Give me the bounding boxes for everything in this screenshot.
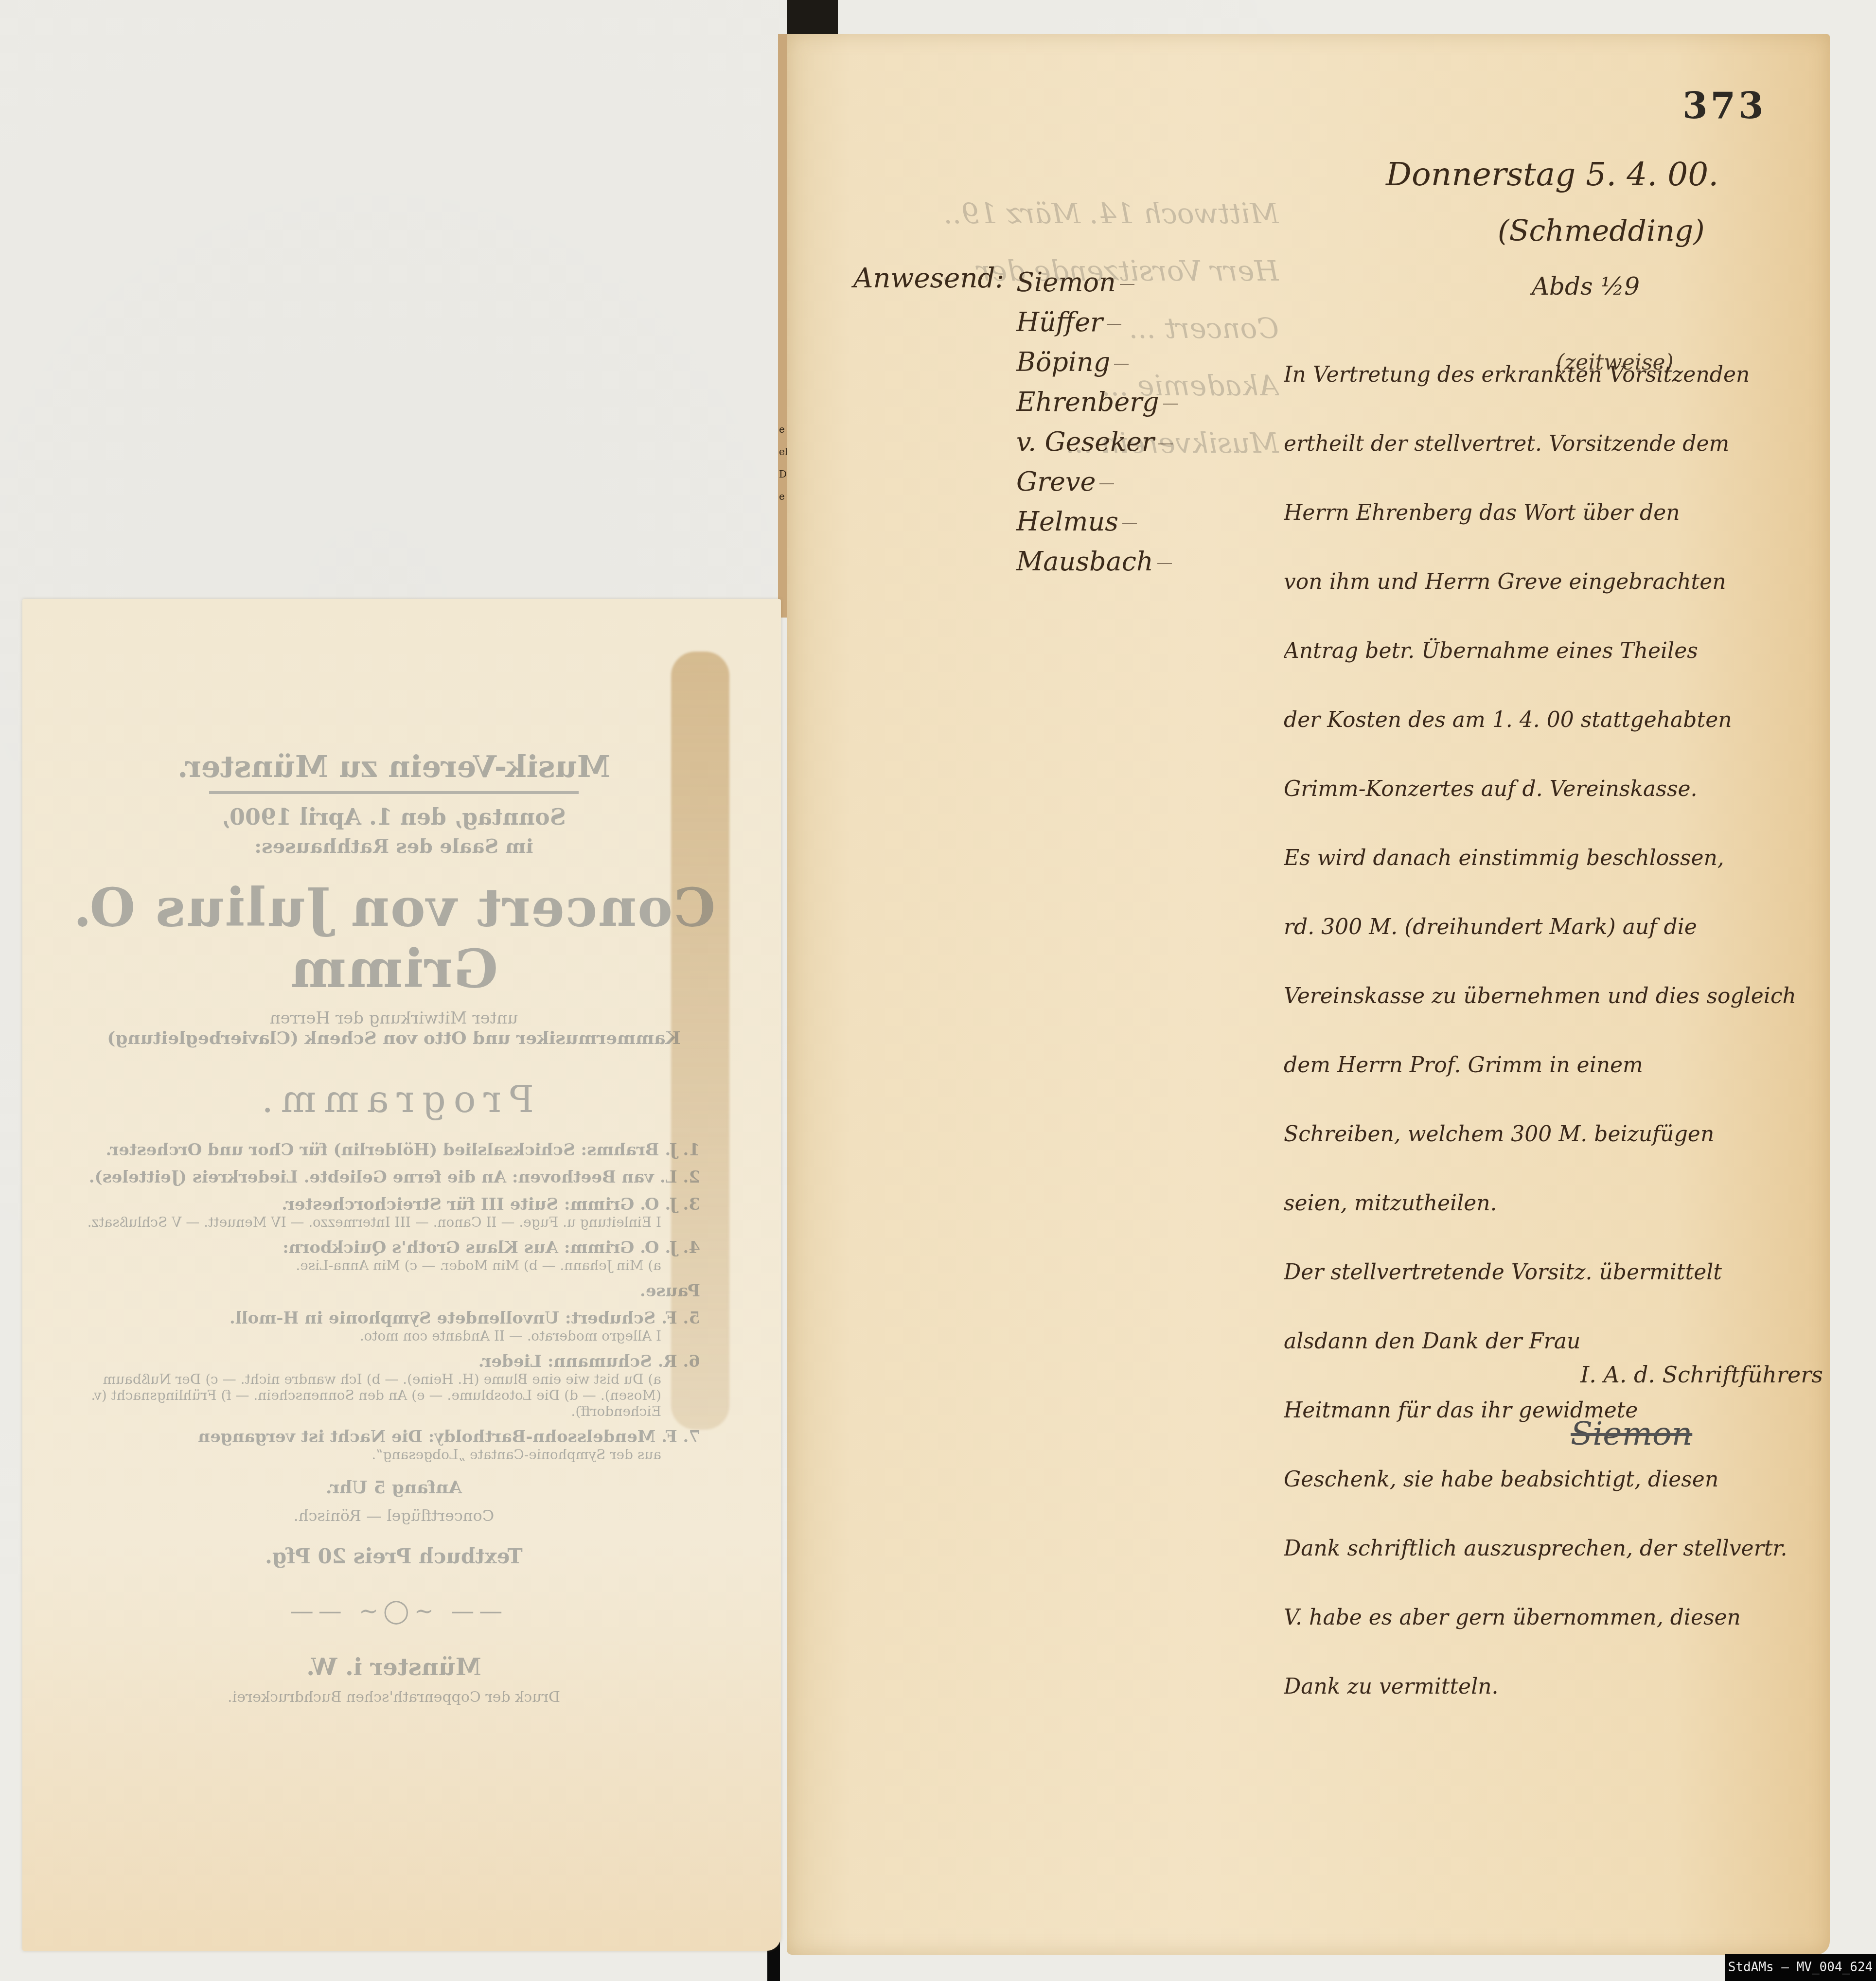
program-item: 3. J. O. Grimm: Suite III für Streichorc…	[78, 1195, 700, 1230]
signature-title: I. A. d. Schriftführers	[1580, 1362, 1823, 1388]
program-note: Concertflügel — Rönisch.	[58, 1506, 729, 1525]
minutes-line: Grimm-Konzertes auf d. Vereinskasse.	[1284, 755, 1819, 824]
minutes-line: rd. 300 M. (dreihundert Mark) auf die	[1284, 893, 1819, 962]
program-printer: Druck der Coppenrath'schen Buchdruckerei…	[58, 1689, 729, 1706]
meeting-place: (Schmedding)	[1498, 214, 1705, 248]
program-performers: Kammermusiker und Otto von Schenk (Clavi…	[58, 1028, 729, 1048]
program-pause: Pause.	[78, 1281, 700, 1301]
attendee: Helmus	[1016, 502, 1178, 542]
program-item: 5. F. Schubert: Unvollendete Symphonie i…	[78, 1309, 700, 1344]
minutes-line: Der stellvertretende Vorsitz. übermittel…	[1284, 1238, 1819, 1307]
program-item: 4. J. O. Grimm: Aus Klaus Groth's Quickb…	[78, 1238, 700, 1273]
program-item: 7. F. Mendelssohn-Bartholdy: Die Nacht i…	[78, 1427, 700, 1463]
meeting-date: Donnerstag 5. 4. 00.	[1386, 156, 1718, 193]
minutes-line: von ihm und Herrn Greve eingebrachten	[1284, 548, 1819, 617]
minutes-line: der Kosten des am 1. 4. 00 stattgehabten	[1284, 686, 1819, 755]
minutes-body: In Vertretung des erkrankten Vorsitzende…	[1284, 340, 1819, 1721]
attendee: Ehrenberg	[1016, 382, 1178, 422]
book-spine-top	[787, 0, 838, 34]
minutes-line: Vereinskasse zu übernehmen und dies sogl…	[1284, 962, 1819, 1031]
program-date: Sonntag, den 1. April 1900,	[58, 804, 729, 830]
attendance-label: Anwesend:	[853, 263, 1004, 294]
attendee: v. Geseker	[1016, 422, 1178, 462]
program-place: Münster i. W.	[58, 1654, 729, 1681]
attendee: Greve	[1016, 462, 1178, 502]
attendee: Mausbach	[1016, 542, 1178, 582]
program-start-time: Anfang 5 Uhr.	[58, 1477, 729, 1498]
minutes-line: V. habe es aber gern übernommen, diesen	[1284, 1583, 1819, 1652]
minutes-line: Es wird danach einstimmig beschlossen,	[1284, 824, 1819, 893]
meeting-time: Abds ½9	[1532, 272, 1640, 301]
attendee: Hüffer	[1016, 302, 1178, 342]
minutes-line: Geschenk, sie habe beabsichtigt, diesen	[1284, 1445, 1819, 1514]
program-items: 1. J. Brahms: Schicksalslied (Hölderlin)…	[78, 1140, 700, 1463]
minutes-line: Antrag betr. Übernahme eines Theiles	[1284, 617, 1819, 686]
page-number: 373	[1682, 85, 1766, 127]
minutes-line: dem Herrn Prof. Grimm in einem	[1284, 1031, 1819, 1100]
minutes-line: In Vertretung des erkrankten Vorsitzende…	[1284, 340, 1819, 409]
attendee: Siemon	[1016, 263, 1178, 302]
program-venue: im Saale des Rathhauses:	[58, 835, 729, 858]
concert-program-text: Musik-Verein zu Münster. Sonntag, den 1.…	[58, 729, 729, 1706]
program-price: Textbuch Preis 20 Pfg.	[58, 1544, 729, 1568]
signature: Siemon	[1571, 1415, 1692, 1452]
minutes-line: Dank zu vermitteln.	[1284, 1652, 1819, 1721]
minutes-line: Schreiben, welchem 300 M. beizufügen	[1284, 1100, 1819, 1169]
program-rule	[209, 791, 579, 794]
program-item: 1. J. Brahms: Schicksalslied (Hölderlin)…	[78, 1140, 700, 1160]
attendee-list: Siemon Hüffer Böping Ehrenberg v. Geseke…	[1016, 263, 1178, 582]
program-item: 2. L. van Beethoven: An die ferne Gelieb…	[78, 1167, 700, 1187]
program-heading: Programm.	[58, 1078, 729, 1121]
minutes-line: Herrn Ehrenberg das Wort über den	[1284, 478, 1819, 548]
minutes-line: Dank schriftlich auszusprechen, der stel…	[1284, 1514, 1819, 1583]
program-title: Concert von Julius O. Grimm	[58, 877, 729, 1000]
ornament-divider: —— ∽◯∽ ——	[58, 1597, 729, 1625]
minutes-line: seien, mitzutheilen.	[1284, 1169, 1819, 1238]
archive-label: StdAMs – MV_004_624	[1725, 1954, 1876, 1981]
program-subtitle: unter Mitwirkung der Herren	[58, 1008, 729, 1028]
program-organization: Musik-Verein zu Münster.	[58, 749, 729, 784]
minutes-line: ertheilt der stellvertret. Vorsitzende d…	[1284, 409, 1819, 478]
attendee: Böping	[1016, 342, 1178, 382]
program-item: 6. R. Schumann: Lieder.a) Du bist wie ei…	[78, 1352, 700, 1419]
